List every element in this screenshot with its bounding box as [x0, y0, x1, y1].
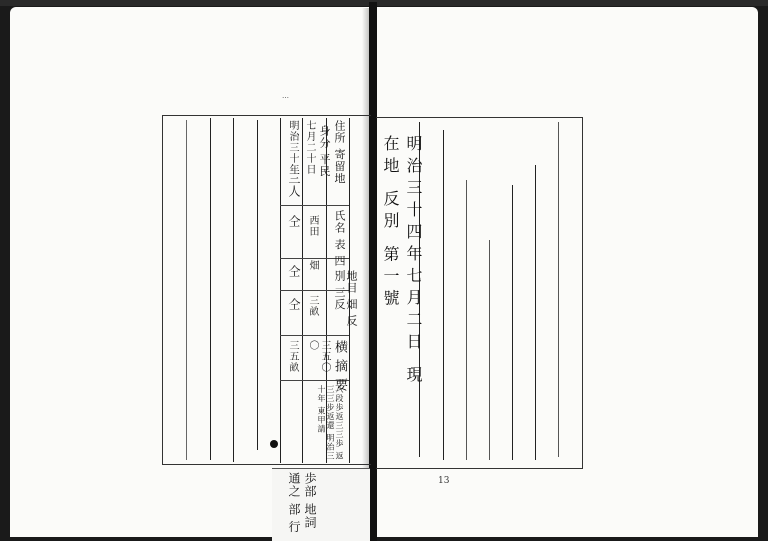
entry-cell: 三五畝	[286, 340, 298, 380]
entry-cell: 仝	[288, 215, 300, 245]
ledger-rule	[186, 120, 187, 460]
column-header-name: 氏名 表 四	[333, 210, 345, 270]
entry-cell: 三人	[288, 172, 300, 202]
entry-cell: 三五〇〇	[306, 340, 330, 380]
top-mark: …	[282, 92, 289, 100]
entry-date-day: 七月二十日	[303, 120, 315, 200]
ledger-rule	[489, 240, 490, 460]
scan-top-edge	[0, 0, 768, 6]
entry-cell: 西田	[306, 215, 318, 255]
ledger-rule	[535, 165, 536, 460]
ledger-rule	[257, 120, 258, 450]
column-header-land: 地目 畑 反別 三反	[333, 270, 357, 330]
entry-cell: 三畝	[306, 295, 318, 335]
entry-cell: 仝	[288, 298, 300, 328]
entry-remarks: 八段歩返三三歩 返三三步返還 明治三十年 東甲請	[292, 385, 344, 465]
ledger-rule	[210, 118, 211, 460]
ledger-rule	[558, 122, 559, 457]
ledger-rule	[233, 118, 234, 462]
column-header-status: 身分 平民	[318, 125, 330, 225]
ledger-rule	[466, 180, 467, 460]
ink-blot	[270, 440, 278, 448]
ledger-rule	[512, 185, 513, 460]
right-page-heading: 明治三十四年七月二日 現在地 反別 第一號	[379, 135, 425, 405]
ledger-rule	[443, 130, 444, 460]
entry-cell: 仝	[288, 265, 300, 290]
entry-cell: 畑	[306, 260, 318, 290]
page-number: 13	[438, 476, 449, 486]
slip-text: 歩部 地詞 通之 部 行	[286, 472, 318, 538]
